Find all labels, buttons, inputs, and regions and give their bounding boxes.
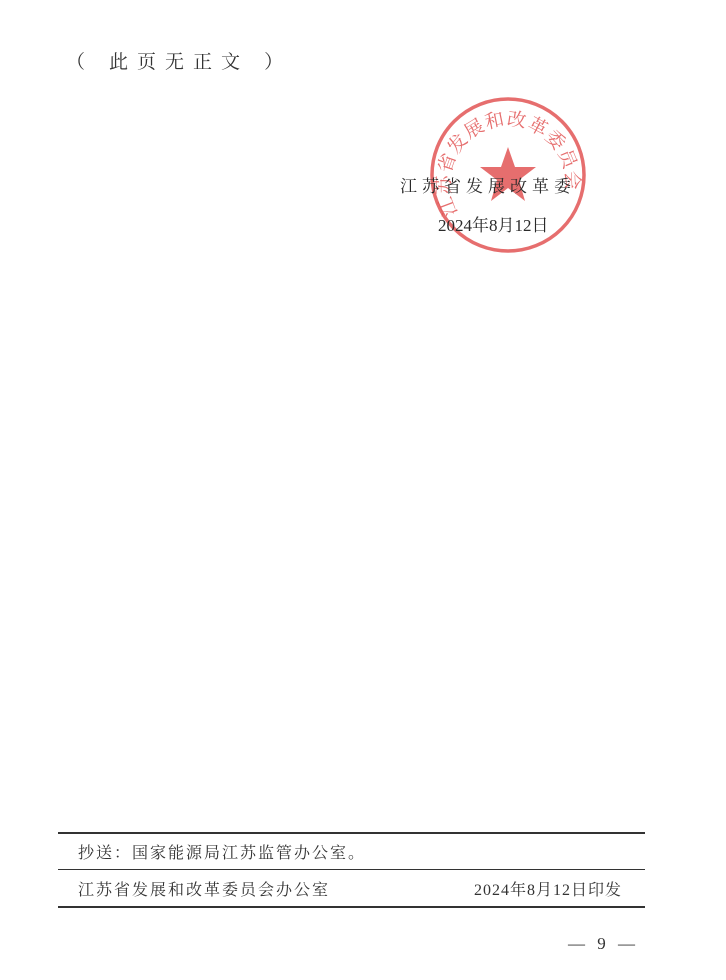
footer-rule-top	[58, 832, 645, 834]
issue-date: 2024年8月12日印发	[474, 877, 622, 900]
footer-rule-middle	[58, 869, 645, 870]
signature-date: 2024年8月12日	[438, 211, 549, 236]
cc-recipients: 抄送：国家能源局江苏监管办公室。	[78, 840, 366, 863]
footer-rule-bottom	[58, 906, 645, 908]
signature-org: 江苏省发展改革委	[400, 172, 576, 197]
no-body-note: （ 此页无正文 ）	[66, 47, 292, 74]
issuing-office: 江苏省发展和改革委员会办公室	[78, 877, 330, 900]
page-number: — 9 —	[568, 934, 639, 954]
